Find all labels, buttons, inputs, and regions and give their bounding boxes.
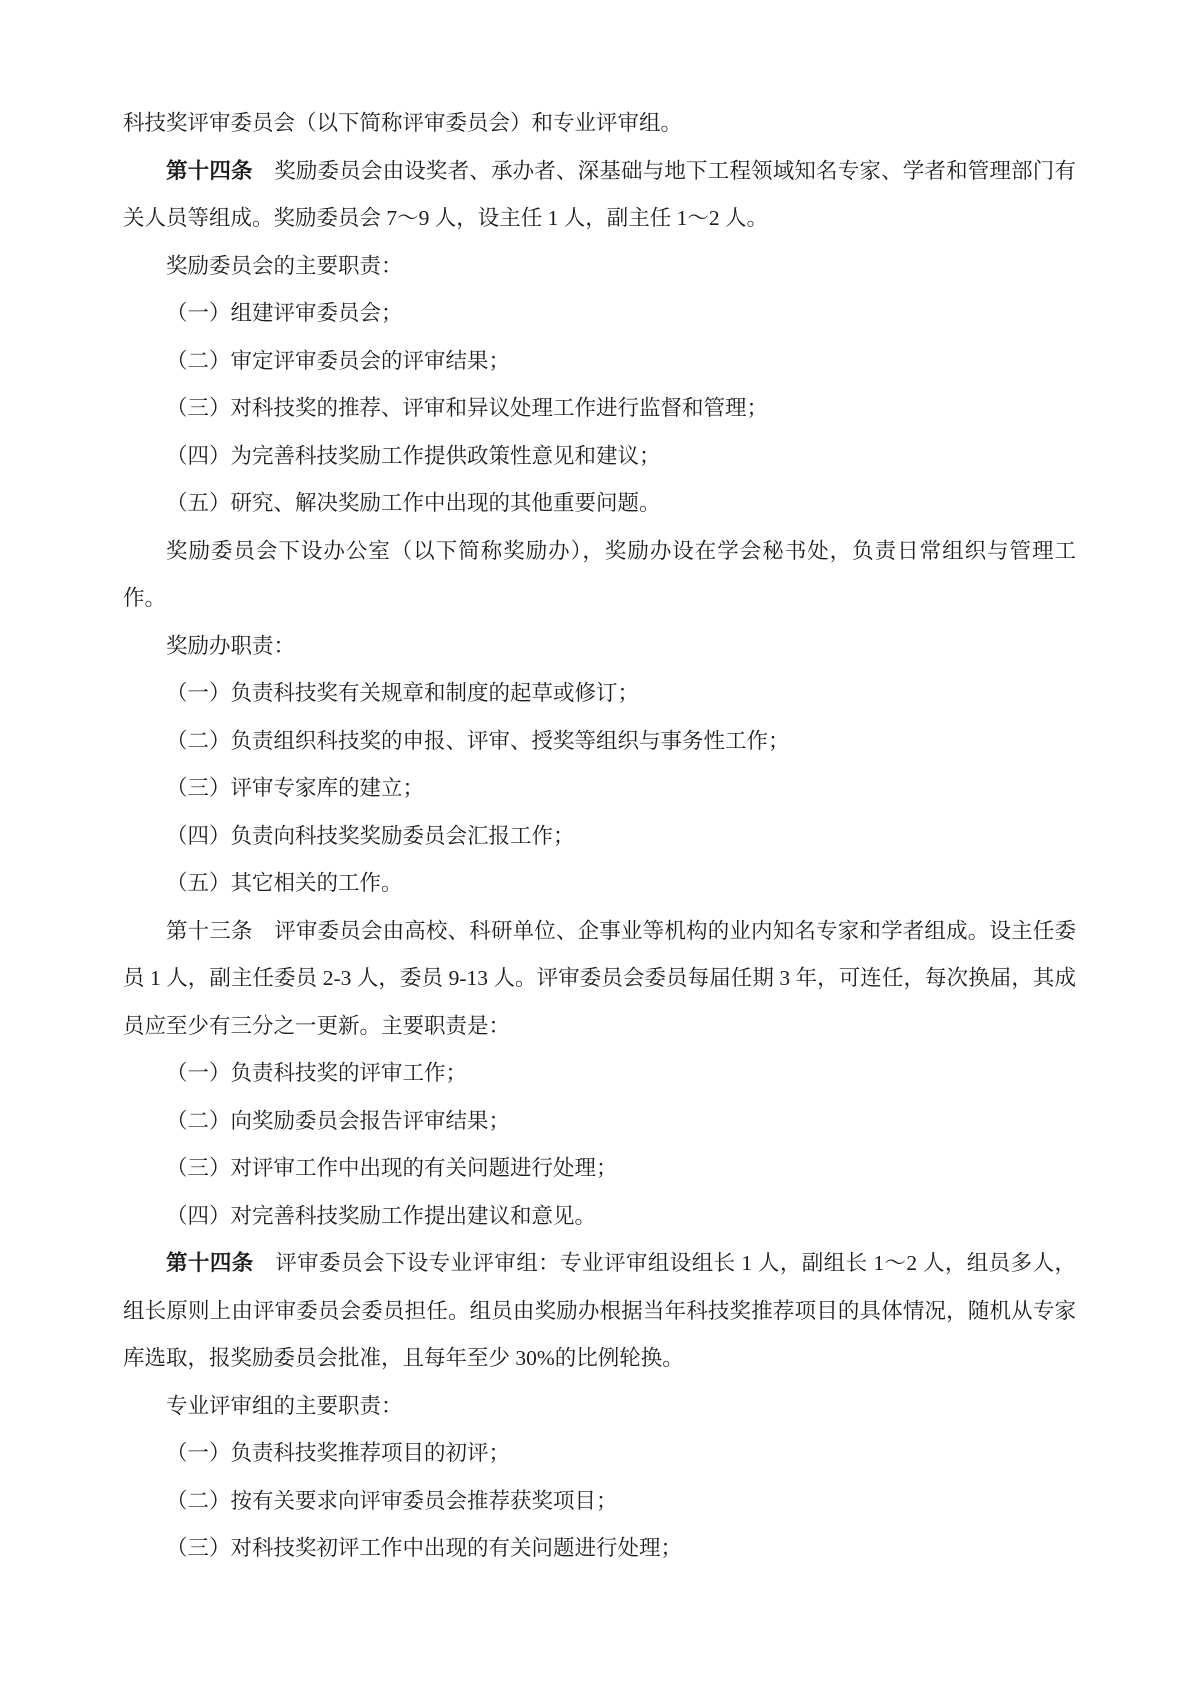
paragraph-text: （五）其它相关的工作。 <box>166 871 403 895</box>
paragraph: 奖励办职责： <box>123 623 1076 671</box>
paragraph-text: （三）评审专家库的建立； <box>166 776 424 800</box>
paragraph-text: （一）负责科技奖有关规章和制度的起草或修订； <box>166 681 639 705</box>
paragraph-text: （三）对评审工作中出现的有关问题进行处理； <box>166 1156 618 1180</box>
paragraph: （一）负责科技奖推荐项目的初评； <box>123 1430 1076 1478</box>
paragraph: （一）组建评审委员会； <box>123 290 1076 338</box>
paragraph-text: 奖励委员会下设办公室（以下简称奖励办），奖励办设在学会秘书处，负责日常组织与管理… <box>123 539 1076 611</box>
paragraph: （一）负责科技奖的评审工作； <box>123 1050 1076 1098</box>
paragraph-text: 评审委员会由高校、科研单位、企事业等机构的业内知名专家和学者组成。设主任委员 1… <box>123 919 1076 1038</box>
paragraph: 奖励委员会的主要职责： <box>123 243 1076 291</box>
paragraph: （五）其它相关的工作。 <box>123 860 1076 908</box>
paragraph: （五）研究、解决奖励工作中出现的其他重要问题。 <box>123 480 1076 528</box>
paragraph-text: 评审委员会下设专业评审组：专业评审组设组长 1 人，副组长 1～2 人，组员多人… <box>123 1251 1076 1370</box>
paragraph: （四）负责向科技奖奖励委员会汇报工作； <box>123 813 1076 861</box>
paragraph-text: 奖励委员会的主要职责： <box>166 254 403 278</box>
paragraph: 专业评审组的主要职责： <box>123 1383 1076 1431</box>
paragraph-text: （四）负责向科技奖奖励委员会汇报工作； <box>166 824 575 848</box>
paragraph-text: （二）向奖励委员会报告评审结果； <box>166 1109 510 1133</box>
paragraph: （三）对评审工作中出现的有关问题进行处理； <box>123 1145 1076 1193</box>
article-number: 第十三条 <box>166 919 253 943</box>
paragraph-text: （三）对科技奖初评工作中出现的有关问题进行处理； <box>166 1536 682 1560</box>
paragraph-text: （三）对科技奖的推荐、评审和异议处理工作进行监督和管理； <box>166 396 768 420</box>
paragraph-text: （二）按有关要求向评审委员会推荐获奖项目； <box>166 1489 618 1513</box>
paragraph-text: （一）负责科技奖的评审工作； <box>166 1061 467 1085</box>
paragraph: （二）负责组织科技奖的申报、评审、授奖等组织与事务性工作； <box>123 718 1076 766</box>
paragraph-text: （二）审定评审委员会的评审结果； <box>166 349 510 373</box>
paragraph: 第十四条奖励委员会由设奖者、承办者、深基础与地下工程领域知名专家、学者和管理部门… <box>123 148 1076 243</box>
paragraph: （一）负责科技奖有关规章和制度的起草或修订； <box>123 670 1076 718</box>
paragraph: （二）向奖励委员会报告评审结果； <box>123 1098 1076 1146</box>
paragraph-text: （一）组建评审委员会； <box>166 301 403 325</box>
paragraph: （四）对完善科技奖励工作提出建议和意见。 <box>123 1193 1076 1241</box>
paragraph: 第十四条评审委员会下设专业评审组：专业评审组设组长 1 人，副组长 1～2 人，… <box>123 1240 1076 1383</box>
paragraph-text: 奖励委员会由设奖者、承办者、深基础与地下工程领域知名专家、学者和管理部门有关人员… <box>123 159 1076 231</box>
paragraph-text: 专业评审组的主要职责： <box>166 1394 403 1418</box>
paragraph: 科技奖评审委员会（以下简称评审委员会）和专业评审组。 <box>123 100 1076 148</box>
article-number: 第十四条 <box>166 159 253 183</box>
paragraph-text: （四）对完善科技奖励工作提出建议和意见。 <box>166 1204 596 1228</box>
paragraph: （三）评审专家库的建立； <box>123 765 1076 813</box>
paragraph: 第十三条评审委员会由高校、科研单位、企事业等机构的业内知名专家和学者组成。设主任… <box>123 908 1076 1051</box>
document-body: 科技奖评审委员会（以下简称评审委员会）和专业评审组。 第十四条奖励委员会由设奖者… <box>123 100 1076 1573</box>
paragraph-text: （二）负责组织科技奖的申报、评审、授奖等组织与事务性工作； <box>166 729 790 753</box>
paragraph: （二）按有关要求向评审委员会推荐获奖项目； <box>123 1478 1076 1526</box>
paragraph-text: （四）为完善科技奖励工作提供政策性意见和建议； <box>166 444 661 468</box>
paragraph: （二）审定评审委员会的评审结果； <box>123 338 1076 386</box>
paragraph-text: 科技奖评审委员会（以下简称评审委员会）和专业评审组。 <box>123 111 682 135</box>
paragraph: （四）为完善科技奖励工作提供政策性意见和建议； <box>123 433 1076 481</box>
article-number: 第十四条 <box>166 1251 254 1275</box>
paragraph-text: 奖励办职责： <box>166 634 295 658</box>
document-page: 科技奖评审委员会（以下简称评审委员会）和专业评审组。 第十四条奖励委员会由设奖者… <box>0 0 1199 1696</box>
paragraph: （三）对科技奖初评工作中出现的有关问题进行处理； <box>123 1525 1076 1573</box>
paragraph: （三）对科技奖的推荐、评审和异议处理工作进行监督和管理； <box>123 385 1076 433</box>
paragraph-text: （一）负责科技奖推荐项目的初评； <box>166 1441 510 1465</box>
paragraph-text: （五）研究、解决奖励工作中出现的其他重要问题。 <box>166 491 661 515</box>
paragraph: 奖励委员会下设办公室（以下简称奖励办），奖励办设在学会秘书处，负责日常组织与管理… <box>123 528 1076 623</box>
